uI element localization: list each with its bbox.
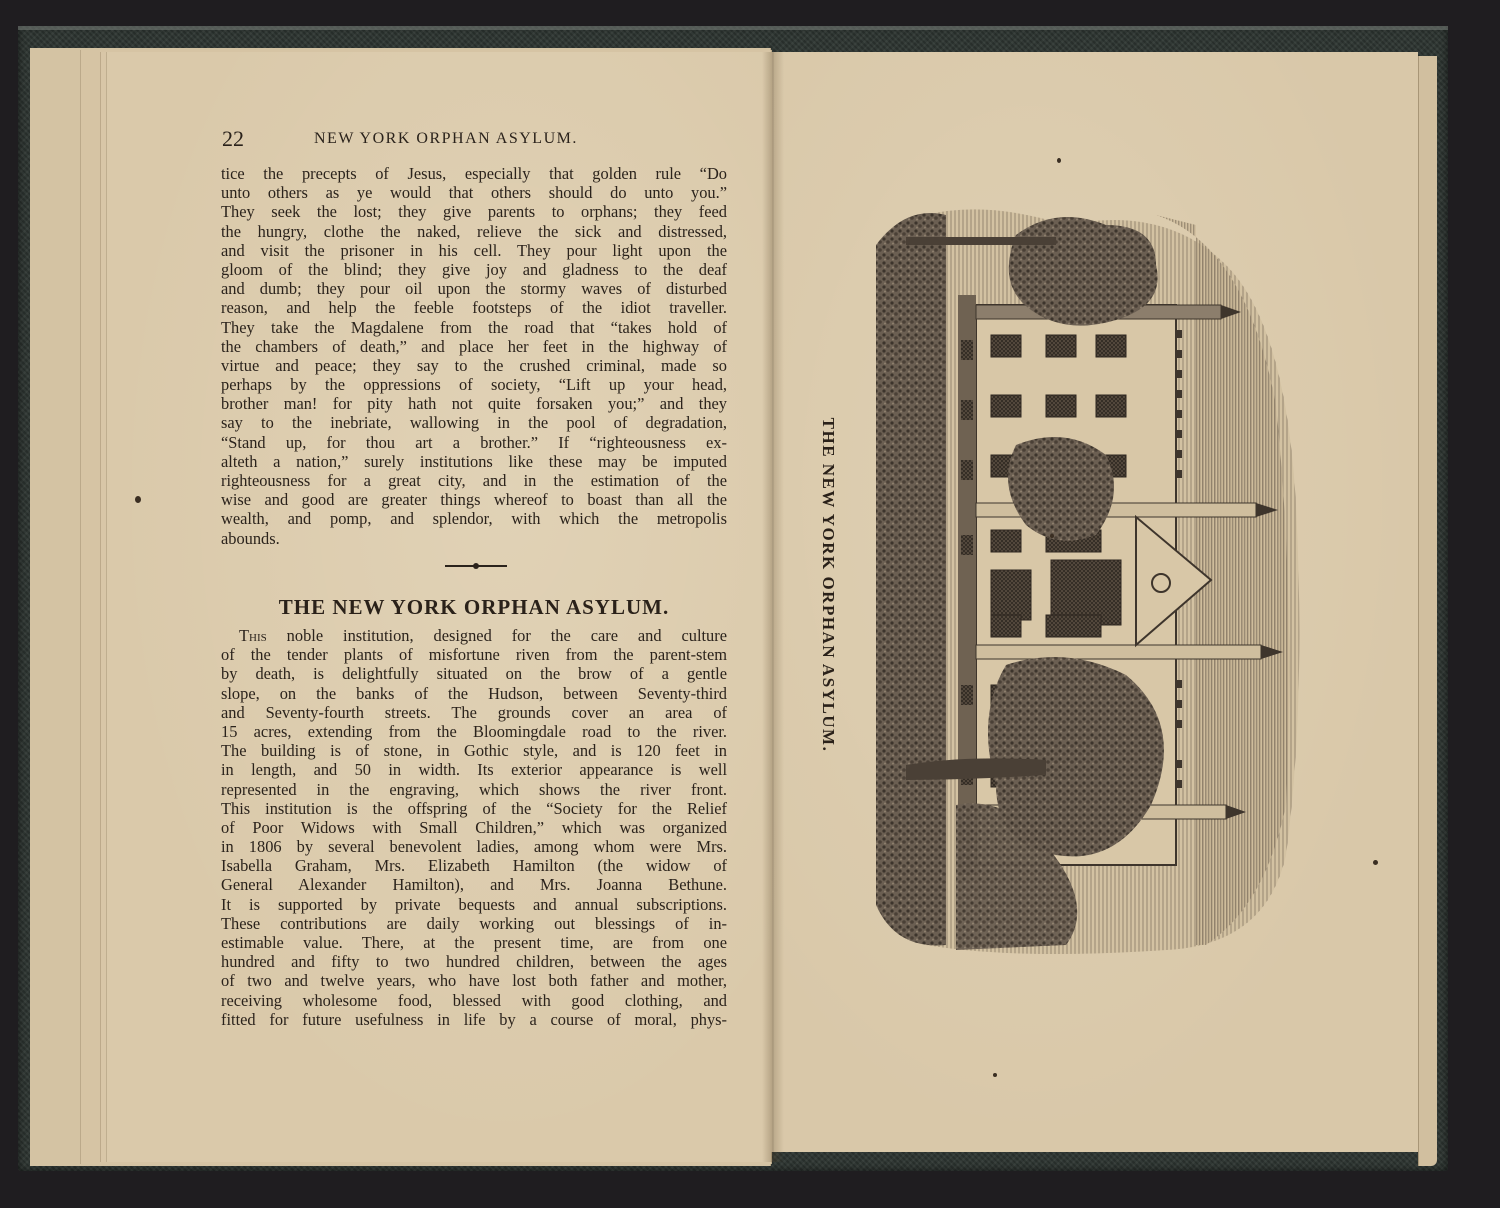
paper-spot [993, 1073, 997, 1077]
section-title: THE NEW YORK ORPHAN ASYLUM. [221, 595, 727, 620]
text-line: wise and good are greater things whereof… [221, 490, 727, 509]
running-head-title: NEW YORK ORPHAN ASYLUM. [314, 130, 578, 148]
text-line: tice the precepts of Jesus, especially t… [221, 164, 727, 183]
drop-word: This [239, 626, 267, 645]
text-line: This noble institution, designed for the… [221, 626, 727, 645]
text-line: virtue and peace; they say to the crushe… [221, 356, 727, 375]
right-page-stack-edge [1418, 56, 1437, 1166]
text-line: alteth a nation,” surely institutions li… [221, 452, 727, 471]
text-line: the hungry, clothe the naked, relieve th… [221, 222, 727, 241]
illustration-caption: THE NEW YORK ORPHAN ASYLUM. [818, 420, 838, 750]
cover-edge [18, 26, 1448, 30]
text-line: perhaps by the oppressions of society, “… [221, 375, 727, 394]
text-line: righteousness for a great city, and in t… [221, 471, 727, 490]
text-line: wealth, and pomp, and splendor, with whi… [221, 509, 727, 528]
page-number: 22 [222, 126, 244, 152]
text-line: 15 acres, extending from the Bloomingdal… [221, 722, 727, 741]
text-line: say to the inebriate, wallowing in the p… [221, 413, 727, 432]
book-gutter [762, 52, 784, 1162]
text-line: in length, and 50 in width. Its exterior… [221, 760, 727, 779]
text-line: brother man! for pity hath not quite for… [221, 394, 727, 413]
text-line: The building is of stone, in Gothic styl… [221, 741, 727, 760]
text-line: hundred and fifty to two hundred childre… [221, 952, 727, 971]
text-line: unto others as ye would that others shou… [221, 183, 727, 202]
text-line: and dumb; they pour oil upon the stormy … [221, 279, 727, 298]
text-line: fitted for future usefulness in life by … [221, 1010, 727, 1029]
text-line: These contributions are daily working ou… [221, 914, 727, 933]
text-line: in 1806 by several benevolent ladies, am… [221, 837, 727, 856]
text-line: receiving wholesome food, blessed with g… [221, 991, 727, 1010]
text-line: slope, on the banks of the Hudson, betwe… [221, 684, 727, 703]
text-line: They take the Magdalene from the road th… [221, 318, 727, 337]
text-line: It is supported by private bequests and … [221, 895, 727, 914]
text-line: represented in the engraving, which show… [221, 780, 727, 799]
section-divider-ornament [445, 563, 507, 569]
section-paragraph: This noble institution, designed for the… [221, 626, 727, 1029]
illustration-caption-text: THE NEW YORK ORPHAN ASYLUM. [818, 418, 838, 753]
text-line: gloom of the blind; they give joy and gl… [221, 260, 727, 279]
text-line: abounds. [221, 529, 727, 548]
text-line: the chambers of death,” and place her fe… [221, 337, 727, 356]
text-line: by death, is delightfully situated on th… [221, 664, 727, 683]
text-line: of two and twelve years, who have lost b… [221, 971, 727, 990]
text-line: Isabella Graham, Mrs. Elizabeth Hamilton… [221, 856, 727, 875]
text-line: “Stand up, for thou art a brother.” If “… [221, 433, 727, 452]
text-line: General Alexander Hamilton), and Mrs. Jo… [221, 875, 727, 894]
asylum-engraving-illustration [866, 205, 1306, 955]
text-line: estimable value. There, at the present t… [221, 933, 727, 952]
text-line: and visit the prisoner in his cell. They… [221, 241, 727, 260]
text-line: They seek the lost; they give parents to… [221, 202, 727, 221]
text-line: and Seventy-fourth streets. The grounds … [221, 703, 727, 722]
paper-spot [1050, 534, 1054, 538]
text-line: This institution is the offspring of the… [221, 799, 727, 818]
text-line: of Poor Widows with Small Children,” whi… [221, 818, 727, 837]
text-line: of the tender plants of misfortune riven… [221, 645, 727, 664]
paper-spot [1373, 860, 1378, 865]
continued-paragraph: tice the precepts of Jesus, especially t… [221, 164, 727, 548]
paper-spot [1057, 158, 1061, 163]
paper-spot [135, 496, 141, 503]
text-line: reason, and help the feeble footsteps of… [221, 298, 727, 317]
running-head: 22 NEW YORK ORPHAN ASYLUM. [222, 126, 742, 150]
